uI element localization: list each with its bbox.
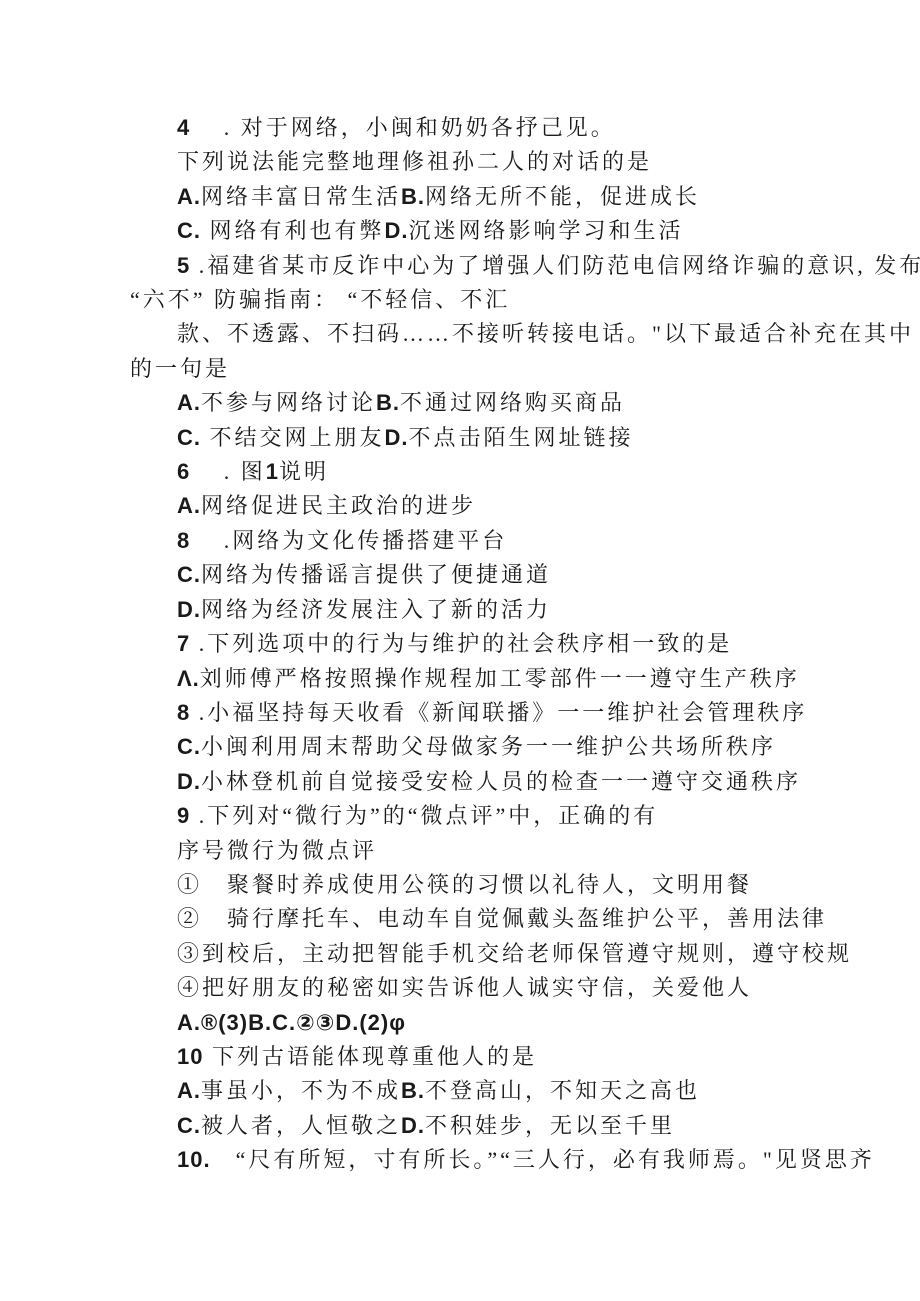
text-segment: “尺有所短，寸有所长。”“三人行，必有我师焉。"见贤思齐: [211, 1147, 875, 1172]
text-segment: ① 聚餐时养成使用公筷的习惯以礼待人，文明用餐: [177, 872, 752, 897]
text-segment: .下列选项中的行为与维护的社会秩序相一致的是: [190, 631, 732, 656]
text-segment: ③到校后，主动把智能手机交给老师保管遵守规则，遵守校规: [177, 941, 852, 966]
option-label: 8: [177, 700, 190, 725]
option-label: D.: [177, 597, 201, 622]
text-segment: 说明: [279, 459, 329, 484]
text-line: D.网络为经济发展注入了新的活力: [130, 593, 845, 627]
text-line: 7 .下列选项中的行为与维护的社会秩序相一致的是: [130, 627, 845, 661]
text-segment: 小林登机前自觉接受安检人员的检查一一遵守交通秩序: [201, 769, 801, 794]
text-segment: 沉迷网络影响学习和生活: [409, 218, 684, 243]
option-label: D.: [401, 1113, 425, 1138]
text-line: 款、不透露、不扫码……不接听转接电话。"以下最适合补充在其中: [130, 317, 845, 351]
text-line: 5 .福建省某市反诈中心为了增强人们防范电信网络诈骗的意识, 发布: [130, 249, 845, 283]
text-line: A.网络促进民主政治的进步: [130, 489, 845, 523]
text-segment: 网络为经济发展注入了新的活力: [201, 597, 551, 622]
text-segment: .小福坚持每天收看《新闻联播》一一维护社会管理秩序: [190, 700, 807, 725]
option-label: 6: [177, 459, 190, 484]
option-label: A.®(3)B.C.②③D.(2)φ: [177, 1010, 406, 1035]
text-line: ④把好朋友的秘密如实告诉他人诚实守信，关爱他人: [130, 971, 845, 1005]
text-line: ③到校后，主动把智能手机交给老师保管遵守规则，遵守校规: [130, 937, 845, 971]
text-line: 8 .网络为文化传播搭建平台: [130, 524, 845, 558]
option-label: A.: [177, 493, 201, 518]
text-line: A.®(3)B.C.②③D.(2)φ: [130, 1006, 845, 1040]
option-label: B.: [401, 184, 425, 209]
text-segment: 被人者，人恒敬之: [201, 1113, 401, 1138]
text-line: C.小闽利用周末帮助父母做家务一一维护公共场所秩序: [130, 730, 845, 764]
text-line: A.网络丰富日常生活B.网络无所不能，促进成长: [130, 180, 845, 214]
text-line: 9 .下列对“微行为”的“微点评”中，正确的有: [130, 799, 845, 833]
text-line: C.被人者，人恒敬之D.不积娃步，无以至千里: [130, 1109, 845, 1143]
text-line: 10 下列古语能体现尊重他人的是: [130, 1040, 845, 1074]
text-segment: .福建省某市反诈中心为了增强人们防范电信网络诈骗的意识, 发布: [190, 253, 920, 278]
text-segment: 下列说法能完整地理修祖孙二人的对话的是: [177, 149, 652, 174]
option-label: 9: [177, 803, 190, 828]
text-line: 下列说法能完整地理修祖孙二人的对话的是: [130, 145, 845, 179]
text-segment: 网络有利也有弊: [201, 218, 385, 243]
text-segment: 不登高山，不知天之高也: [425, 1078, 700, 1103]
text-line: 序号微行为微点评: [130, 834, 845, 868]
text-segment: 下列古语能体现尊重他人的是: [203, 1044, 537, 1069]
text-line: “六不” 防骗指南： “不轻信、不汇: [130, 283, 845, 317]
text-line: 4 . 对于网络，小闽和奶奶各抒己见。: [130, 111, 845, 145]
text-line: D.小林登机前自觉接受安检人员的检查一一遵守交通秩序: [130, 765, 845, 799]
text-segment: .下列对“微行为”的“微点评”中，正确的有: [190, 803, 658, 828]
text-segment: . 对于网络，小闽和奶奶各抒己见。: [190, 115, 616, 140]
text-line: A.事虽小，不为不成B.不登高山，不知天之高也: [130, 1074, 845, 1108]
text-segment: 序号微行为微点评: [177, 838, 377, 863]
text-segment: 网络为传播谣言提供了便捷通道: [201, 562, 551, 587]
option-label: B.: [401, 1078, 425, 1103]
document-body: 4 . 对于网络，小闽和奶奶各抒己见。下列说法能完整地理修祖孙二人的对话的是A.…: [130, 111, 845, 1178]
text-line: C.网络为传播谣言提供了便捷通道: [130, 558, 845, 592]
option-label: C.: [177, 1113, 201, 1138]
text-line: 10. “尺有所短，寸有所长。”“三人行，必有我师焉。"见贤思齐: [130, 1143, 845, 1177]
option-label: 10.: [177, 1147, 211, 1172]
text-line: A.不参与网络讨论B.不通过网络购买商品: [130, 386, 845, 420]
option-label: D.: [385, 425, 409, 450]
option-label: 7: [177, 631, 190, 656]
text-segment: ④把好朋友的秘密如实告诉他人诚实守信，关爱他人: [177, 975, 752, 1000]
text-segment: 不结交网上朋友: [201, 425, 385, 450]
text-segment: 款、不透露、不扫码……不接听转接电话。"以下最适合补充在其中: [177, 321, 914, 346]
text-segment: 不积娃步，无以至千里: [425, 1113, 675, 1138]
option-label: 8: [177, 528, 190, 553]
text-segment: 不通过网络购买商品: [400, 390, 625, 415]
option-label: A.: [177, 390, 201, 415]
text-line: 6 . 图1说明: [130, 455, 845, 489]
text-line: 8 .小福坚持每天收看《新闻联播》一一维护社会管理秩序: [130, 696, 845, 730]
text-line: Λ.刘师傅严格按照操作规程加工零部件一一遵守生产秩序: [130, 662, 845, 696]
option-label: Λ.: [177, 666, 200, 691]
text-segment: 不参与网络讨论: [201, 390, 376, 415]
text-segment: ② 骑行摩托车、电动车自觉佩戴头盔维护公平，善用法律: [177, 906, 827, 931]
text-segment: “六不” 防骗指南： “不轻信、不汇: [130, 287, 510, 312]
text-segment: . 图: [190, 459, 266, 484]
text-segment: 网络丰富日常生活: [201, 184, 401, 209]
text-segment: 网络促进民主政治的进步: [201, 493, 476, 518]
document-page: 4 . 对于网络，小闽和奶奶各抒己见。下列说法能完整地理修祖孙二人的对话的是A.…: [0, 0, 920, 1301]
option-label: B.: [376, 390, 400, 415]
text-segment: 小闽利用周末帮助父母做家务一一维护公共场所秩序: [201, 734, 776, 759]
option-label: 1: [266, 459, 279, 484]
option-label: 4: [177, 115, 190, 140]
text-line: 的一句是: [130, 352, 845, 386]
text-segment: 网络无所不能，促进成长: [425, 184, 700, 209]
option-label: C.: [177, 218, 201, 243]
text-segment: .网络为文化传播搭建平台: [190, 528, 507, 553]
text-segment: 的一句是: [130, 356, 230, 381]
option-label: A.: [177, 1078, 201, 1103]
option-label: A.: [177, 184, 201, 209]
text-segment: 不点击陌生网址链接: [409, 425, 634, 450]
option-label: 10: [177, 1044, 203, 1069]
text-segment: 刘师傅严格按照操作规程加工零部件一一遵守生产秩序: [200, 666, 800, 691]
option-label: C.: [177, 562, 201, 587]
text-segment: 事虽小，不为不成: [201, 1078, 401, 1103]
text-line: C. 不结交网上朋友D.不点击陌生网址链接: [130, 421, 845, 455]
option-label: D.: [177, 769, 201, 794]
option-label: 5: [177, 253, 190, 278]
text-line: ② 骑行摩托车、电动车自觉佩戴头盔维护公平，善用法律: [130, 902, 845, 936]
text-line: C. 网络有利也有弊D.沉迷网络影响学习和生活: [130, 214, 845, 248]
text-line: ① 聚餐时养成使用公筷的习惯以礼待人，文明用餐: [130, 868, 845, 902]
option-label: D.: [385, 218, 409, 243]
option-label: C.: [177, 425, 201, 450]
option-label: C.: [177, 734, 201, 759]
